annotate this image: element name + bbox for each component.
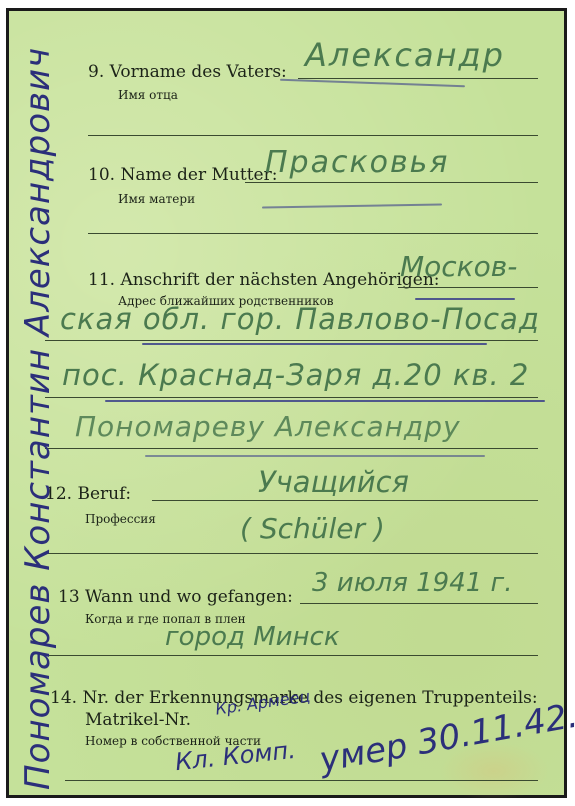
field-11-rule bbox=[398, 287, 538, 288]
registration-card bbox=[6, 8, 567, 798]
field-12-rule bbox=[152, 500, 538, 501]
field-13-rule bbox=[300, 603, 538, 604]
field-11-value-1: Москов- bbox=[400, 250, 517, 283]
field-9-rule bbox=[298, 78, 538, 79]
field-11-value-2: ская обл. гор. Павлово-Посад bbox=[60, 302, 540, 336]
divider bbox=[45, 655, 538, 656]
divider bbox=[88, 233, 538, 234]
field-12-label-ru: Профессия bbox=[85, 512, 156, 526]
divider bbox=[45, 553, 538, 554]
field-10-value: Прасковья bbox=[265, 145, 449, 180]
field-13-label: 13 Wann und wo gefangen: bbox=[58, 587, 293, 607]
field-11-value-3: пос. Краснад-Заря д.20 кв. 2 bbox=[62, 358, 529, 392]
divider bbox=[45, 448, 538, 449]
field-12-value-1: Учащийся bbox=[258, 465, 409, 499]
field-13-value-1: 3 июля 1941 г. bbox=[312, 568, 512, 598]
margin-note-vertical: Пономарев Константин Александрович bbox=[18, 47, 58, 790]
divider bbox=[45, 397, 538, 398]
field-10-rule bbox=[245, 182, 538, 183]
field-14-label-2: Matrikel-Nr. bbox=[85, 710, 191, 730]
field-11-value-4: Пономареву Александру bbox=[75, 410, 461, 443]
field-12-value-2: ( Schüler ) bbox=[240, 512, 385, 545]
underline-stroke bbox=[105, 400, 545, 402]
underline-stroke bbox=[145, 455, 485, 457]
field-13-value-2: город Минск bbox=[165, 622, 340, 652]
field-10-label-ru: Имя матери bbox=[118, 192, 195, 206]
underline-stroke bbox=[415, 298, 515, 300]
field-11-label: 11. Anschrift der nächsten Angehörigen: bbox=[88, 270, 440, 290]
divider bbox=[45, 340, 538, 341]
field-9-value: Александр bbox=[305, 36, 505, 74]
divider bbox=[88, 135, 538, 136]
field-9-label-ru: Имя отца bbox=[118, 88, 178, 102]
field-9-label: 9. Vorname des Vaters: bbox=[88, 62, 287, 82]
divider bbox=[65, 780, 538, 781]
underline-stroke bbox=[142, 343, 487, 345]
